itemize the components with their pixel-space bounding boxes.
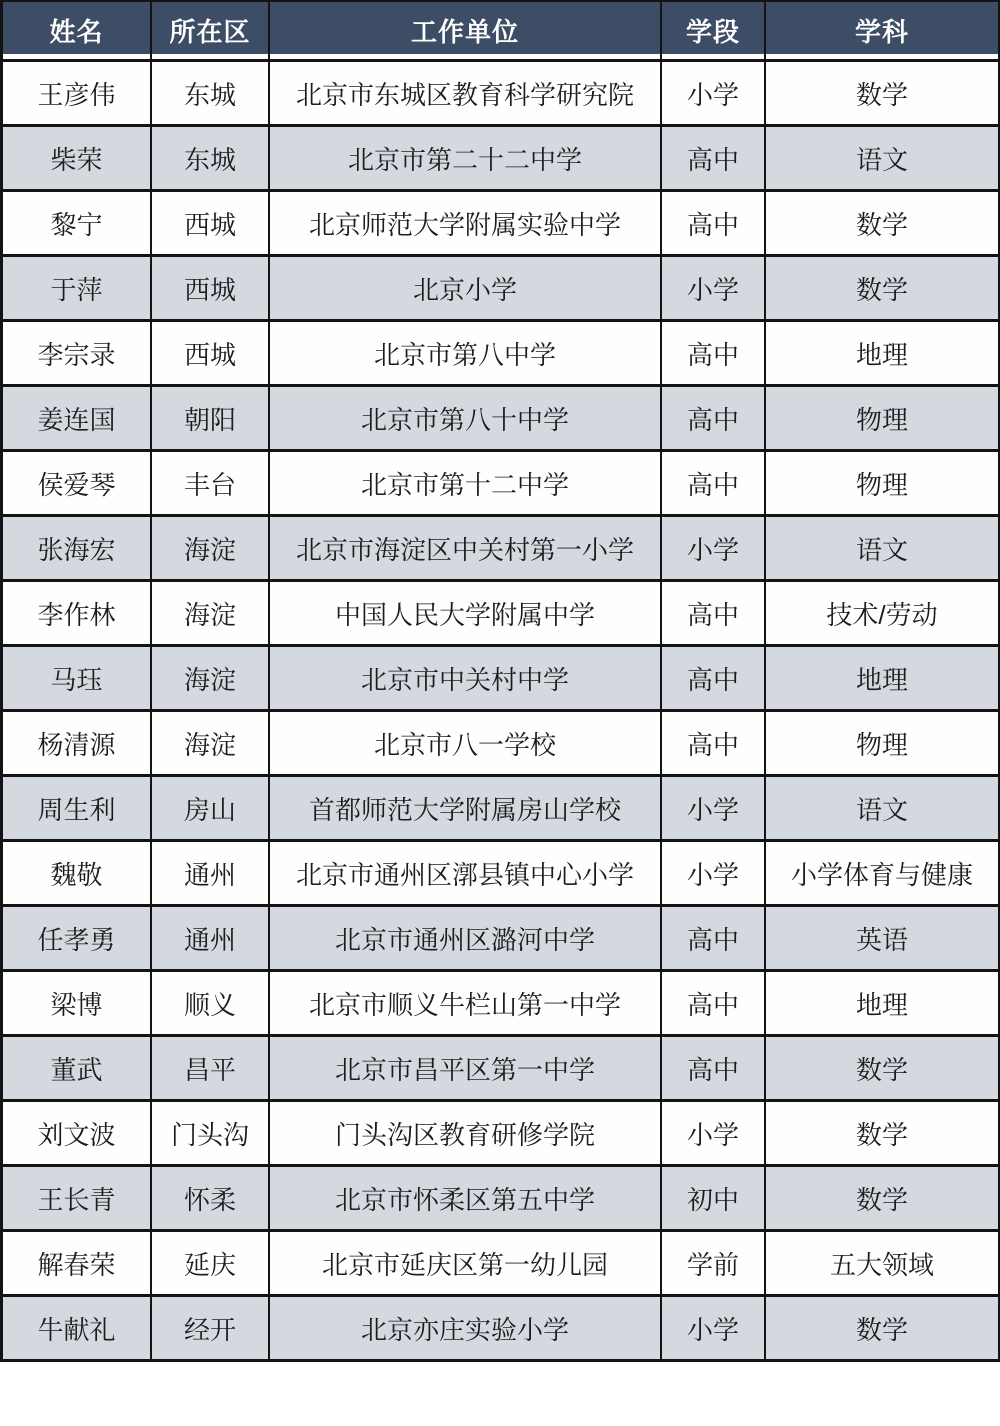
cell-subject: 数学 xyxy=(766,1297,1000,1362)
cell-stage: 初中 xyxy=(662,1167,766,1232)
cell-subject: 数学 xyxy=(766,192,1000,257)
cell-district: 西城 xyxy=(152,192,270,257)
cell-district: 延庆 xyxy=(152,1232,270,1297)
cell-district: 顺义 xyxy=(152,972,270,1037)
cell-workplace: 中国人民大学附属中学 xyxy=(270,582,662,647)
cell-subject: 小学体育与健康 xyxy=(766,842,1000,907)
cell-workplace: 北京小学 xyxy=(270,257,662,322)
cell-district: 门头沟 xyxy=(152,1102,270,1167)
cell-subject: 地理 xyxy=(766,972,1000,1037)
table-row: 王彦伟东城北京市东城区教育科学研究院小学数学 xyxy=(0,62,1000,127)
cell-subject: 地理 xyxy=(766,322,1000,387)
cell-district: 海淀 xyxy=(152,712,270,777)
cell-name: 柴荣 xyxy=(0,127,152,192)
cell-workplace: 北京市八一学校 xyxy=(270,712,662,777)
cell-district: 海淀 xyxy=(152,517,270,582)
cell-workplace: 北京市第十二中学 xyxy=(270,452,662,517)
cell-workplace: 北京市昌平区第一中学 xyxy=(270,1037,662,1102)
cell-workplace: 门头沟区教育研修学院 xyxy=(270,1102,662,1167)
cell-district: 海淀 xyxy=(152,647,270,712)
table-row: 任孝勇通州北京市通州区潞河中学高中英语 xyxy=(0,907,1000,972)
cell-workplace: 北京市延庆区第一幼儿园 xyxy=(270,1232,662,1297)
cell-district: 房山 xyxy=(152,777,270,842)
cell-name: 周生利 xyxy=(0,777,152,842)
cell-stage: 学前 xyxy=(662,1232,766,1297)
column-header-subject: 学科 xyxy=(766,0,1000,62)
cell-stage: 小学 xyxy=(662,257,766,322)
cell-stage: 小学 xyxy=(662,777,766,842)
cell-name: 董武 xyxy=(0,1037,152,1102)
cell-workplace: 北京市第八十中学 xyxy=(270,387,662,452)
cell-subject: 五大领域 xyxy=(766,1232,1000,1297)
table-row: 刘文波门头沟门头沟区教育研修学院小学数学 xyxy=(0,1102,1000,1167)
cell-name: 解春荣 xyxy=(0,1232,152,1297)
cell-subject: 物理 xyxy=(766,712,1000,777)
cell-stage: 小学 xyxy=(662,842,766,907)
cell-district: 朝阳 xyxy=(152,387,270,452)
cell-name: 刘文波 xyxy=(0,1102,152,1167)
cell-name: 牛献礼 xyxy=(0,1297,152,1362)
cell-district: 经开 xyxy=(152,1297,270,1362)
table-row: 解春荣延庆北京市延庆区第一幼儿园学前五大领域 xyxy=(0,1232,1000,1297)
cell-name: 姜连国 xyxy=(0,387,152,452)
cell-workplace: 北京市怀柔区第五中学 xyxy=(270,1167,662,1232)
table-row: 杨清源海淀北京市八一学校高中物理 xyxy=(0,712,1000,777)
cell-workplace: 北京市顺义牛栏山第一中学 xyxy=(270,972,662,1037)
table-row: 侯爱琴丰台北京市第十二中学高中物理 xyxy=(0,452,1000,517)
table-row: 张海宏海淀北京市海淀区中关村第一小学小学语文 xyxy=(0,517,1000,582)
table-row: 牛献礼经开北京亦庄实验小学小学数学 xyxy=(0,1297,1000,1362)
cell-district: 丰台 xyxy=(152,452,270,517)
cell-stage: 高中 xyxy=(662,452,766,517)
cell-stage: 高中 xyxy=(662,322,766,387)
cell-subject: 语文 xyxy=(766,127,1000,192)
cell-subject: 英语 xyxy=(766,907,1000,972)
table-header: 姓名 所在区 工作单位 学段 学科 xyxy=(0,0,1000,62)
table-row: 马珏海淀北京市中关村中学高中地理 xyxy=(0,647,1000,712)
cell-subject: 物理 xyxy=(766,387,1000,452)
table-body: 王彦伟东城北京市东城区教育科学研究院小学数学柴荣东城北京市第二十二中学高中语文黎… xyxy=(0,62,1000,1362)
table-row: 李宗录西城北京市第八中学高中地理 xyxy=(0,322,1000,387)
cell-stage: 小学 xyxy=(662,517,766,582)
cell-workplace: 北京市第八中学 xyxy=(270,322,662,387)
table-row: 柴荣东城北京市第二十二中学高中语文 xyxy=(0,127,1000,192)
cell-district: 海淀 xyxy=(152,582,270,647)
column-header-name: 姓名 xyxy=(0,0,152,62)
cell-stage: 高中 xyxy=(662,1037,766,1102)
cell-subject: 数学 xyxy=(766,1102,1000,1167)
cell-stage: 高中 xyxy=(662,192,766,257)
cell-name: 魏敬 xyxy=(0,842,152,907)
column-header-district: 所在区 xyxy=(152,0,270,62)
cell-subject: 物理 xyxy=(766,452,1000,517)
cell-name: 李宗录 xyxy=(0,322,152,387)
cell-stage: 高中 xyxy=(662,907,766,972)
cell-stage: 高中 xyxy=(662,127,766,192)
cell-district: 怀柔 xyxy=(152,1167,270,1232)
cell-name: 马珏 xyxy=(0,647,152,712)
cell-workplace: 北京市海淀区中关村第一小学 xyxy=(270,517,662,582)
cell-name: 李作林 xyxy=(0,582,152,647)
cell-subject: 地理 xyxy=(766,647,1000,712)
cell-workplace: 北京市通州区漷县镇中心小学 xyxy=(270,842,662,907)
cell-district: 通州 xyxy=(152,842,270,907)
cell-stage: 小学 xyxy=(662,62,766,127)
table-row: 周生利房山首都师范大学附属房山学校小学语文 xyxy=(0,777,1000,842)
table-row: 黎宁西城北京师范大学附属实验中学高中数学 xyxy=(0,192,1000,257)
cell-subject: 技术/劳动 xyxy=(766,582,1000,647)
cell-workplace: 首都师范大学附属房山学校 xyxy=(270,777,662,842)
table-row: 王长青怀柔北京市怀柔区第五中学初中数学 xyxy=(0,1167,1000,1232)
cell-stage: 高中 xyxy=(662,712,766,777)
header-row: 姓名 所在区 工作单位 学段 学科 xyxy=(0,0,1000,62)
cell-workplace: 北京亦庄实验小学 xyxy=(270,1297,662,1362)
table-row: 梁博顺义北京市顺义牛栏山第一中学高中地理 xyxy=(0,972,1000,1037)
cell-name: 梁博 xyxy=(0,972,152,1037)
cell-subject: 语文 xyxy=(766,777,1000,842)
cell-subject: 数学 xyxy=(766,1167,1000,1232)
cell-district: 西城 xyxy=(152,322,270,387)
cell-subject: 数学 xyxy=(766,62,1000,127)
cell-name: 侯爱琴 xyxy=(0,452,152,517)
table-row: 魏敬通州北京市通州区漷县镇中心小学小学小学体育与健康 xyxy=(0,842,1000,907)
cell-workplace: 北京市通州区潞河中学 xyxy=(270,907,662,972)
cell-subject: 数学 xyxy=(766,257,1000,322)
cell-district: 东城 xyxy=(152,127,270,192)
cell-district: 东城 xyxy=(152,62,270,127)
table-row: 于萍西城北京小学小学数学 xyxy=(0,257,1000,322)
cell-stage: 高中 xyxy=(662,387,766,452)
cell-subject: 数学 xyxy=(766,1037,1000,1102)
column-header-stage: 学段 xyxy=(662,0,766,62)
cell-stage: 高中 xyxy=(662,647,766,712)
cell-workplace: 北京市中关村中学 xyxy=(270,647,662,712)
cell-district: 通州 xyxy=(152,907,270,972)
cell-stage: 小学 xyxy=(662,1297,766,1362)
cell-district: 昌平 xyxy=(152,1037,270,1102)
cell-name: 于萍 xyxy=(0,257,152,322)
cell-stage: 高中 xyxy=(662,972,766,1037)
cell-workplace: 北京市东城区教育科学研究院 xyxy=(270,62,662,127)
cell-name: 任孝勇 xyxy=(0,907,152,972)
cell-name: 王长青 xyxy=(0,1167,152,1232)
table-row: 姜连国朝阳北京市第八十中学高中物理 xyxy=(0,387,1000,452)
table-row: 李作林海淀中国人民大学附属中学高中技术/劳动 xyxy=(0,582,1000,647)
cell-name: 杨清源 xyxy=(0,712,152,777)
cell-name: 张海宏 xyxy=(0,517,152,582)
cell-stage: 小学 xyxy=(662,1102,766,1167)
column-header-workplace: 工作单位 xyxy=(270,0,662,62)
cell-subject: 语文 xyxy=(766,517,1000,582)
table-row: 董武昌平北京市昌平区第一中学高中数学 xyxy=(0,1037,1000,1102)
cell-district: 西城 xyxy=(152,257,270,322)
teacher-roster-table: 姓名 所在区 工作单位 学段 学科 王彦伟东城北京市东城区教育科学研究院小学数学… xyxy=(0,0,1000,1362)
cell-name: 王彦伟 xyxy=(0,62,152,127)
cell-workplace: 北京市第二十二中学 xyxy=(270,127,662,192)
cell-workplace: 北京师范大学附属实验中学 xyxy=(270,192,662,257)
teacher-roster-table-wrapper: 姓名 所在区 工作单位 学段 学科 王彦伟东城北京市东城区教育科学研究院小学数学… xyxy=(0,0,1000,1426)
cell-stage: 高中 xyxy=(662,582,766,647)
cell-name: 黎宁 xyxy=(0,192,152,257)
